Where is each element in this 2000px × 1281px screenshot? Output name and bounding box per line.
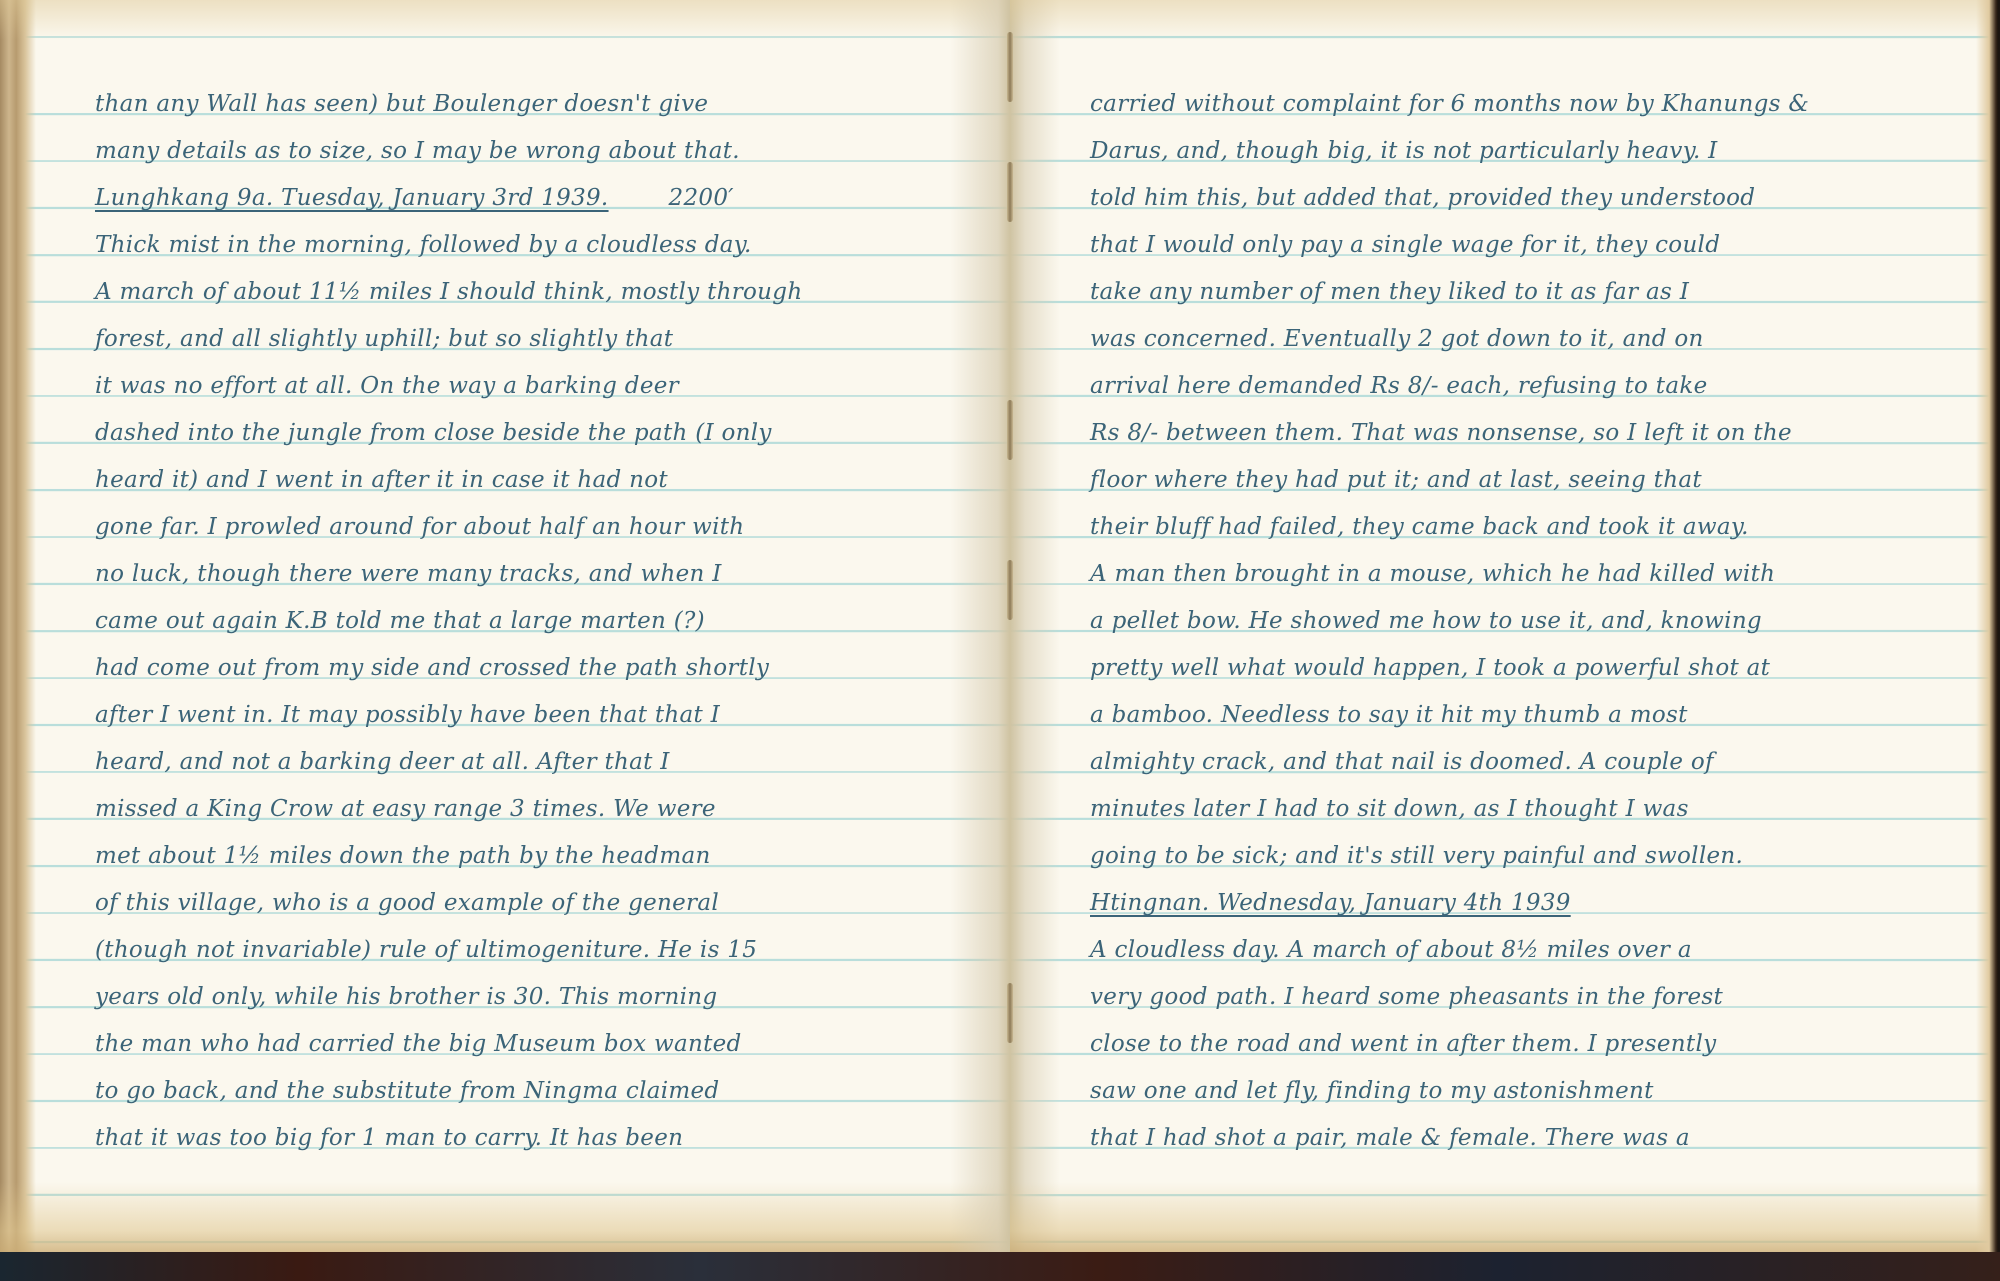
line-text: gone far. I prowled around for about hal… — [95, 514, 744, 540]
text-line: had come out from my side and crossed th… — [95, 655, 769, 681]
binding-stitch — [1007, 32, 1013, 102]
line-text: Lunghkang 9a. Tuesday, January 3rd 1939. — [95, 185, 609, 211]
text-line: met about 1½ miles down the path by the … — [95, 843, 711, 869]
text-line: that I would only pay a single wage for … — [1090, 232, 1720, 258]
line-text: (though not invariable) rule of ultimoge… — [95, 937, 757, 963]
text-line: A cloudless day. A march of about 8½ mil… — [1090, 937, 1692, 963]
text-line: A man then brought in a mouse, which he … — [1090, 561, 1775, 587]
text-line: that I had shot a pair, male & female. T… — [1090, 1125, 1690, 1151]
text-line: take any number of men they liked to it … — [1090, 279, 1689, 305]
line-text: Darus, and, though big, it is not partic… — [1090, 138, 1718, 164]
text-line: was concerned. Eventually 2 got down to … — [1090, 326, 1704, 352]
text-line: heard, and not a barking deer at all. Af… — [95, 749, 670, 775]
text-line: very good path. I heard some pheasants i… — [1090, 984, 1723, 1010]
text-line: told him this, but added that, provided … — [1090, 185, 1755, 211]
line-text: their bluff had failed, they came back a… — [1090, 514, 1749, 540]
text-line: heard it) and I went in after it in case… — [95, 467, 668, 493]
line-text: of this village, who is a good example o… — [95, 890, 719, 916]
line-text: Thick mist in the morning, followed by a… — [95, 232, 752, 258]
line-text: a bamboo. Needless to say it hit my thum… — [1090, 702, 1688, 728]
line-text: had come out from my side and crossed th… — [95, 655, 769, 681]
text-line: carried without complaint for 6 months n… — [1090, 91, 1809, 117]
foxing-top — [0, 0, 1010, 40]
binding-stitch — [1007, 560, 1013, 620]
line-text: heard, and not a barking deer at all. Af… — [95, 749, 670, 775]
text-line: A march of about 11½ miles I should thin… — [95, 279, 802, 305]
line-text: than any Wall has seen) but Boulenger do… — [95, 91, 708, 117]
line-text: that it was too big for 1 man to carry. … — [95, 1125, 683, 1151]
entry-heading: Htingnan. Wednesday, January 4th 1939 — [1090, 890, 1571, 916]
line-text: to go back, and the substitute from Ning… — [95, 1078, 719, 1104]
line-text: heard it) and I went in after it in case… — [95, 467, 668, 493]
binding-stitch — [1007, 983, 1013, 1043]
text-line: to go back, and the substitute from Ning… — [95, 1078, 719, 1104]
line-text: A cloudless day. A march of about 8½ mil… — [1090, 937, 1692, 963]
notebook-spread: than any Wall has seen) but Boulenger do… — [0, 0, 1998, 1252]
line-text: years old only, while his brother is 30.… — [95, 984, 717, 1010]
text-line: of this village, who is a good example o… — [95, 890, 719, 916]
line-text: dashed into the jungle from close beside… — [95, 420, 772, 446]
line-text: Rs 8/- between them. That was nonsense, … — [1090, 420, 1792, 446]
text-line: the man who had carried the big Museum b… — [95, 1031, 742, 1057]
line-text: the man who had carried the big Museum b… — [95, 1031, 742, 1057]
line-text: minutes later I had to sit down, as I th… — [1090, 796, 1689, 822]
line-text: after I went in. It may possibly have be… — [95, 702, 720, 728]
binding-stitch — [1007, 400, 1013, 460]
line-text: saw one and let fly, finding to my aston… — [1090, 1078, 1654, 1104]
text-line: missed a King Crow at easy range 3 times… — [95, 796, 716, 822]
line-text: almighty crack, and that nail is doomed.… — [1090, 749, 1714, 775]
altitude-note: 2200′ — [669, 185, 734, 211]
line-text: forest, and all slightly uphill; but so … — [95, 326, 673, 352]
line-text: was concerned. Eventually 2 got down to … — [1090, 326, 1704, 352]
line-text: came out again K.B told me that a large … — [95, 608, 705, 634]
line-text: floor where they had put it; and at last… — [1090, 467, 1702, 493]
foxing-bottom — [0, 1182, 1010, 1252]
text-line: than any Wall has seen) but Boulenger do… — [95, 91, 708, 117]
text-line: that it was too big for 1 man to carry. … — [95, 1125, 683, 1151]
line-text: going to be sick; and it's still very pa… — [1090, 843, 1743, 869]
text-line: a pellet bow. He showed me how to use it… — [1090, 608, 1762, 634]
text-line: gone far. I prowled around for about hal… — [95, 514, 744, 540]
line-text: it was no effort at all. On the way a ba… — [95, 373, 679, 399]
text-line: dashed into the jungle from close beside… — [95, 420, 772, 446]
text-line: Rs 8/- between them. That was nonsense, … — [1090, 420, 1792, 446]
line-text: take any number of men they liked to it … — [1090, 279, 1689, 305]
line-text: close to the road and went in after them… — [1090, 1031, 1716, 1057]
text-line: after I went in. It may possibly have be… — [95, 702, 720, 728]
line-text: arrival here demanded Rs 8/- each, refus… — [1090, 373, 1708, 399]
text-line: minutes later I had to sit down, as I th… — [1090, 796, 1689, 822]
text-line: close to the road and went in after them… — [1090, 1031, 1716, 1057]
line-text: carried without complaint for 6 months n… — [1090, 91, 1809, 117]
text-line: many details as to size, so I may be wro… — [95, 138, 740, 164]
text-line: a bamboo. Needless to say it hit my thum… — [1090, 702, 1688, 728]
text-line: their bluff had failed, they came back a… — [1090, 514, 1749, 540]
binding-stitch — [1007, 162, 1013, 222]
line-text: that I had shot a pair, male & female. T… — [1090, 1125, 1690, 1151]
line-text: no luck, though there were many tracks, … — [95, 561, 722, 587]
text-line: saw one and let fly, finding to my aston… — [1090, 1078, 1654, 1104]
line-text: A man then brought in a mouse, which he … — [1090, 561, 1775, 587]
text-line: years old only, while his brother is 30.… — [95, 984, 717, 1010]
line-text: missed a King Crow at easy range 3 times… — [95, 796, 716, 822]
text-line: pretty well what would happen, I took a … — [1090, 655, 1770, 681]
line-text: pretty well what would happen, I took a … — [1090, 655, 1770, 681]
text-line: Darus, and, though big, it is not partic… — [1090, 138, 1718, 164]
foxing-top — [1010, 0, 1998, 40]
text-line: no luck, though there were many tracks, … — [95, 561, 722, 587]
text-line: going to be sick; and it's still very pa… — [1090, 843, 1743, 869]
background-surface — [0, 1252, 2000, 1281]
line-text: met about 1½ miles down the path by the … — [95, 843, 711, 869]
line-text: many details as to size, so I may be wro… — [95, 138, 740, 164]
text-line: Thick mist in the morning, followed by a… — [95, 232, 752, 258]
line-text: Htingnan. Wednesday, January 4th 1939 — [1090, 890, 1571, 916]
line-text: A march of about 11½ miles I should thin… — [95, 279, 802, 305]
line-text: a pellet bow. He showed me how to use it… — [1090, 608, 1762, 634]
text-line: forest, and all slightly uphill; but so … — [95, 326, 673, 352]
text-line: (though not invariable) rule of ultimoge… — [95, 937, 757, 963]
text-line: it was no effort at all. On the way a ba… — [95, 373, 679, 399]
line-text: that I would only pay a single wage for … — [1090, 232, 1720, 258]
line-text: told him this, but added that, provided … — [1090, 185, 1755, 211]
text-line: floor where they had put it; and at last… — [1090, 467, 1702, 493]
text-line: came out again K.B told me that a large … — [95, 608, 705, 634]
foxing-bottom — [1010, 1182, 1998, 1252]
text-line: almighty crack, and that nail is doomed.… — [1090, 749, 1714, 775]
left-page: than any Wall has seen) but Boulenger do… — [0, 0, 1010, 1252]
line-text: very good path. I heard some pheasants i… — [1090, 984, 1723, 1010]
entry-heading: Lunghkang 9a. Tuesday, January 3rd 1939.… — [95, 185, 734, 211]
text-line: arrival here demanded Rs 8/- each, refus… — [1090, 373, 1708, 399]
right-page: carried without complaint for 6 months n… — [1010, 0, 1998, 1252]
